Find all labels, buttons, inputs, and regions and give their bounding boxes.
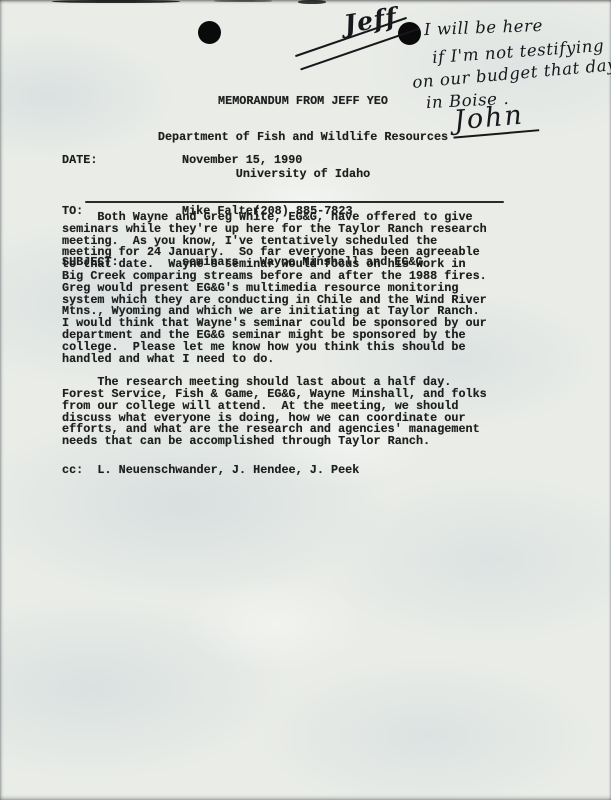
memo-scan-page: Jeff I will be here if I'm not testifyin… [0,0,611,800]
header-divider-rule [85,201,504,203]
date-value: November 15, 1990 [182,154,302,166]
scan-edge-mark [52,0,180,3]
scan-edge-mark [214,0,272,2]
cc-line: cc: L. Neuenschwander, J. Hendee, J. Pee… [62,464,359,476]
hole-punch-mark [198,21,221,44]
handwritten-crossed-out-name: Jeff [342,2,399,39]
scan-edge-mark [298,0,326,4]
date-label: DATE: [62,154,182,166]
letterhead-title: MEMORANDUM FROM JEFF YEO [62,95,544,107]
meta-row-date: DATE: November 15, 1990 [62,154,423,166]
memo-body-text: Both Wayne and Greg White, EG&G, have of… [62,212,487,448]
handwritten-note-line: I will be here [424,16,544,39]
